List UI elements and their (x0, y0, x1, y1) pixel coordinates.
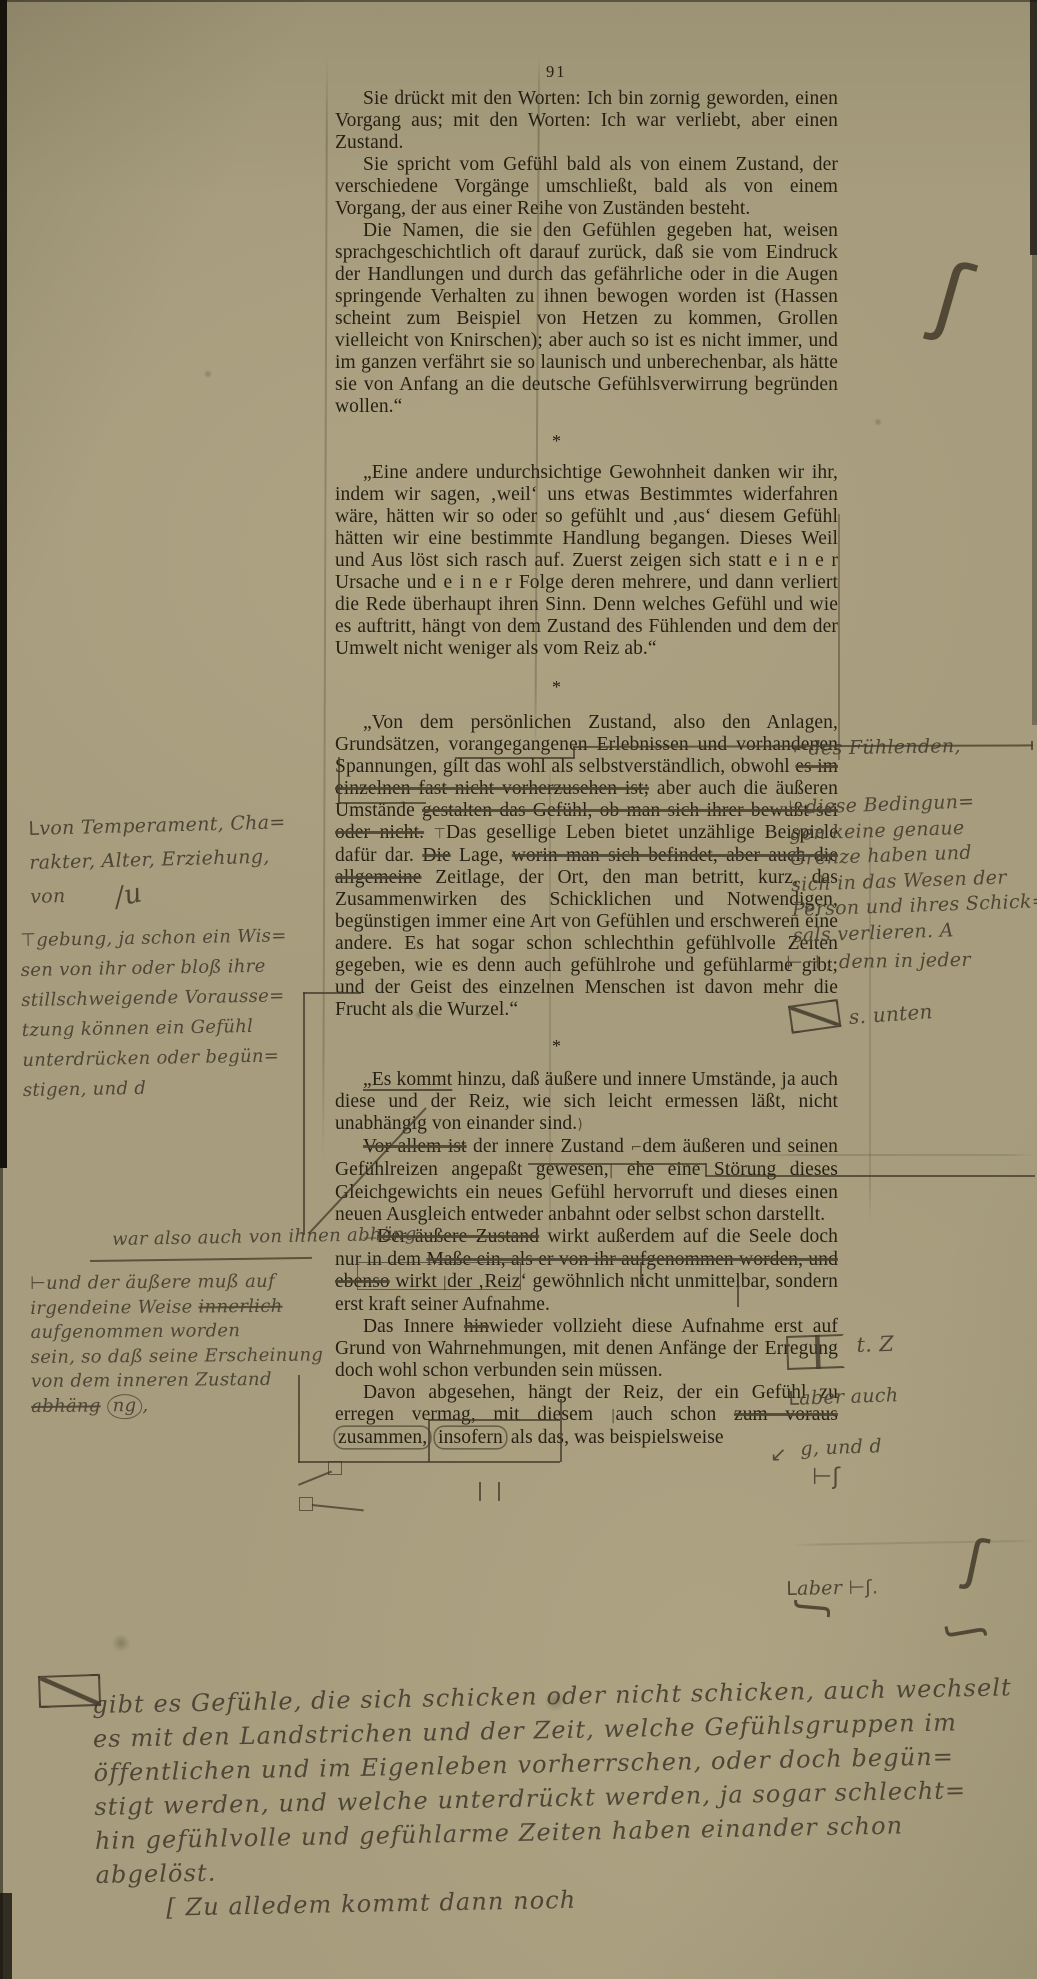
note-line: ⊢und der äußere muß auf (30, 1269, 323, 1296)
text-run: als das, was beispielsweise (506, 1427, 724, 1448)
pencil-line (455, 757, 575, 759)
pencil-line (573, 747, 575, 758)
pencil-line (640, 1262, 642, 1285)
pencil-mark: ⊢⊣ (786, 951, 820, 974)
pencil-line (298, 1471, 332, 1486)
text-run: Das Innere (363, 1316, 464, 1337)
text-run: s. unten (848, 999, 933, 1029)
text-run: abgelöst. (95, 1859, 216, 1889)
margin-note-right-3: ⊢⊣ , denn in jeder (786, 947, 971, 976)
page-edge-right-lower (1032, 255, 1037, 725)
pencil-line (338, 802, 426, 804)
arrow-sw-icon: ↙ (770, 1444, 787, 1464)
text-run: Sie spricht vom Gefühl bald als von eine… (335, 154, 838, 219)
paper-stain (202, 368, 214, 380)
text-run: und der äußere muß auf (46, 1271, 275, 1294)
pencil-line (1031, 741, 1033, 750)
note-line: Laber auch (788, 1382, 899, 1412)
note-line: stigen, und d (23, 1071, 290, 1106)
struck-text: Vor allem ist (363, 1136, 467, 1157)
text-run: von Temperament, Cha= (39, 811, 286, 839)
struck-text: hin (464, 1316, 489, 1337)
margin-note-right-1: ⌐des Fühlenden, (792, 733, 961, 762)
note-line: ⌐des Fühlenden, (792, 733, 961, 762)
text-run: von dem inneren Zustand (31, 1369, 272, 1392)
text-run: sein, so daß seine Erscheinung (31, 1344, 324, 1368)
page-edge-right (1030, 0, 1037, 255)
note-line: abhäng ng, (31, 1392, 324, 1419)
pencil-mark: L (786, 1578, 797, 1600)
pencil-line (838, 514, 840, 760)
pencil-mark: L (788, 1388, 800, 1410)
text-run: unterdrücken oder begün= (22, 1045, 279, 1070)
text-run: Lage, (451, 845, 512, 866)
margin-note-right-9: Laber ⊢ʃ. (786, 1574, 879, 1602)
pencil-line (705, 1175, 1035, 1177)
pencil-mark: ) (577, 1117, 583, 1133)
margin-note-right-4: s. unten (848, 998, 934, 1030)
text-run: der innere Zustand (467, 1136, 631, 1157)
margin-note-right-8: ⊢ʃ (812, 1464, 840, 1490)
pencil-mark: ⊢ (30, 1273, 46, 1294)
note-line: g, und d (800, 1433, 882, 1462)
margin-note-left-1: Lvon Temperament, Cha=rakter, Alter, Erz… (28, 805, 288, 914)
text-run: war also auch von ihnen abhäng (112, 1224, 417, 1250)
text-run: , (142, 1395, 148, 1416)
text-run: irgendeine Weise (30, 1296, 198, 1318)
pencil-mark: ⌐ (631, 1140, 643, 1156)
struck-text: innerlich (198, 1295, 282, 1317)
bottom-handwritten-note: gibt es Gefühle, die sich schicken oder … (92, 1670, 1016, 1926)
pencil-mark: ⊢ʃ (812, 1464, 840, 1490)
pencil-knot (299, 1497, 313, 1511)
note-line: ⊤gebung, ja schon ein Wis= (20, 921, 287, 956)
margin-note-left-2: ⊤gebung, ja schon ein Wis=sen von ihr od… (20, 921, 290, 1106)
pencil-line (498, 1482, 500, 1501)
pencil-line (428, 1419, 430, 1462)
pencil-line (560, 1399, 562, 1462)
paper-stain (872, 416, 884, 428)
text-run: zusammen, (335, 1427, 430, 1448)
text-run: t. Z (856, 1332, 894, 1357)
printed-paragraph: „Eine andere undurchsichtige Gewohnheit … (335, 462, 838, 660)
pencil-line (298, 1375, 300, 1463)
text-run: stillschweigende Vorausse= (21, 985, 285, 1011)
pencil-mark: ⊢ʃ. (848, 1576, 878, 1599)
text-run: , denn in jeder (820, 949, 971, 974)
struck-text: Die (422, 845, 450, 866)
paper-stain (108, 1630, 134, 1656)
page-edge-top (0, 0, 1037, 2)
asterisk-separator: * (335, 418, 838, 462)
pencil-line (479, 1482, 481, 1501)
printed-paragraph: Vor allem ist der innere Zustand ⌐dem äu… (335, 1136, 838, 1226)
note-line: von (30, 873, 288, 914)
text-run: aber (797, 1577, 849, 1600)
page-number: 91 (546, 62, 567, 82)
note-line: ⊢ʃ (812, 1464, 840, 1490)
printed-paragraph: Die Namen, die sie den Gefühlen gegeben … (335, 220, 838, 418)
text-run: Die Namen, die sie den Gefühlen gegeben … (335, 220, 838, 417)
pencil-line (312, 1504, 364, 1511)
note-line: sen von ihr oder bloß ihre (21, 951, 288, 986)
note-line: stillschweigende Vorausse= (21, 981, 288, 1016)
squiggle-icon: ʃ (942, 1621, 986, 1642)
note-line: irgendeine Weise innerlich (30, 1294, 323, 1321)
fold-crease (322, 58, 328, 1163)
text-run: sals verlieren. A (793, 919, 955, 947)
text-run: sen von ihr oder bloß ihre (21, 956, 266, 981)
text-run: des Fühlenden, (808, 735, 961, 760)
margin-note-left-4: ⊢und der äußere muß aufirgendeine Weise … (30, 1269, 324, 1419)
pencil-line (428, 1419, 560, 1421)
margin-note-right-5: t. Z (856, 1331, 894, 1358)
note-line: Laber ⊢ʃ. (786, 1574, 879, 1602)
squiggle-icon: ʃ (795, 1601, 834, 1617)
text-run (101, 1395, 107, 1416)
asterisk-separator: * (335, 1021, 838, 1069)
note-line: aufgenommen worden (30, 1319, 323, 1346)
note-line: tzung können ein Gefühl (22, 1011, 289, 1046)
note-line: sein, so daß seine Erscheinung (31, 1343, 324, 1370)
text-run: Grenze haben und (790, 842, 972, 870)
text-run: gebung, ja schon ein Wis= (36, 925, 287, 950)
margin-note-right-7: g, und d (800, 1433, 882, 1462)
text-run: tzung können ein Gefühl (22, 1016, 254, 1041)
insertion-mark-note: /u (112, 878, 145, 913)
printed-paragraph: Davon abgesehen, hängt der Reiz, der ein… (335, 1382, 838, 1449)
text-run: diese Bedingun= (805, 791, 975, 819)
text-run: von (30, 885, 66, 908)
text-run: „Es kommt (363, 1069, 452, 1090)
text-run: Zeitlage, der Ort, den man betritt, kurz… (335, 867, 838, 1020)
text-run: aufgenommen worden (30, 1320, 240, 1343)
text-run: rakter, Alter, Erziehung, (29, 846, 270, 874)
text-run: „Eine andere undurchsichtige Gewohnheit … (335, 462, 838, 659)
text-run (424, 822, 434, 843)
text-run: stigen, und d (23, 1078, 147, 1101)
note-line: ⊢⊣ , denn in jeder (786, 947, 971, 976)
pencil-mark: ⊤ (20, 930, 36, 951)
text-run: auch schon (616, 1404, 734, 1425)
page-edge-left-lower (0, 1168, 3, 1979)
text-run: g, und d (800, 1435, 882, 1460)
note-line: /u (112, 878, 145, 913)
printed-paragraph: Das Innere hinwieder vollzieht diese Auf… (335, 1316, 838, 1382)
text-run: ng (107, 1394, 143, 1419)
pencil-line (303, 992, 361, 994)
text-run: insofern (435, 1427, 506, 1448)
pencil-mark: ⊤ (434, 826, 446, 842)
scanned-book-page: { "page_number": "91", "colors": {"paper… (0, 0, 1037, 1979)
margin-note-right-6: Laber auch (788, 1382, 899, 1412)
text-run: aber auch (799, 1384, 899, 1409)
struck-text: abhäng (31, 1395, 101, 1417)
note-line: von dem inneren Zustand (31, 1368, 324, 1395)
fold-crease (792, 1540, 1037, 1546)
page-corner-bottom-left (0, 1893, 12, 1979)
printed-paragraph: Sie spricht vom Gefühl bald als von eine… (335, 154, 838, 220)
box-diagonal-icon (38, 1674, 101, 1708)
note-line: unterdrücken oder begün= (22, 1041, 289, 1076)
pencil-box (357, 1262, 521, 1290)
pencil-mark: L (28, 818, 39, 840)
note-line: t. Z (856, 1331, 894, 1358)
pencil-line (90, 1257, 312, 1262)
pencil-line (737, 1285, 739, 1307)
text-run: gen keine genaue (789, 816, 965, 844)
insert-box-icon (786, 1334, 845, 1370)
pencil-line (528, 1163, 706, 1165)
printed-paragraph: „Von dem persönlichen Zustand, also den … (335, 712, 838, 1021)
text-run: Sie drückt mit den Worten: Ich bin zorni… (335, 88, 838, 153)
pencil-line (338, 757, 340, 803)
printed-paragraph: Sie drückt mit den Worten: Ich bin zorni… (335, 88, 838, 154)
note-line: s. unten (848, 998, 934, 1030)
page-edge-left (0, 0, 7, 1168)
asterisk-separator: * (335, 660, 838, 712)
pencil-mark: ⊢ (788, 796, 806, 819)
pencil-line (303, 992, 305, 1235)
note-line: rakter, Alter, Erziehung, (29, 839, 287, 880)
flourish-squiggle-icon: ʃ (926, 250, 979, 343)
text-run: [ Zu alledem kommt dann noch (166, 1883, 577, 1925)
pencil-mark: ⌐ (792, 738, 809, 760)
margin-note-right-2: ⊢diese Bedingun=gen keine genaueGrenze h… (788, 787, 1037, 949)
